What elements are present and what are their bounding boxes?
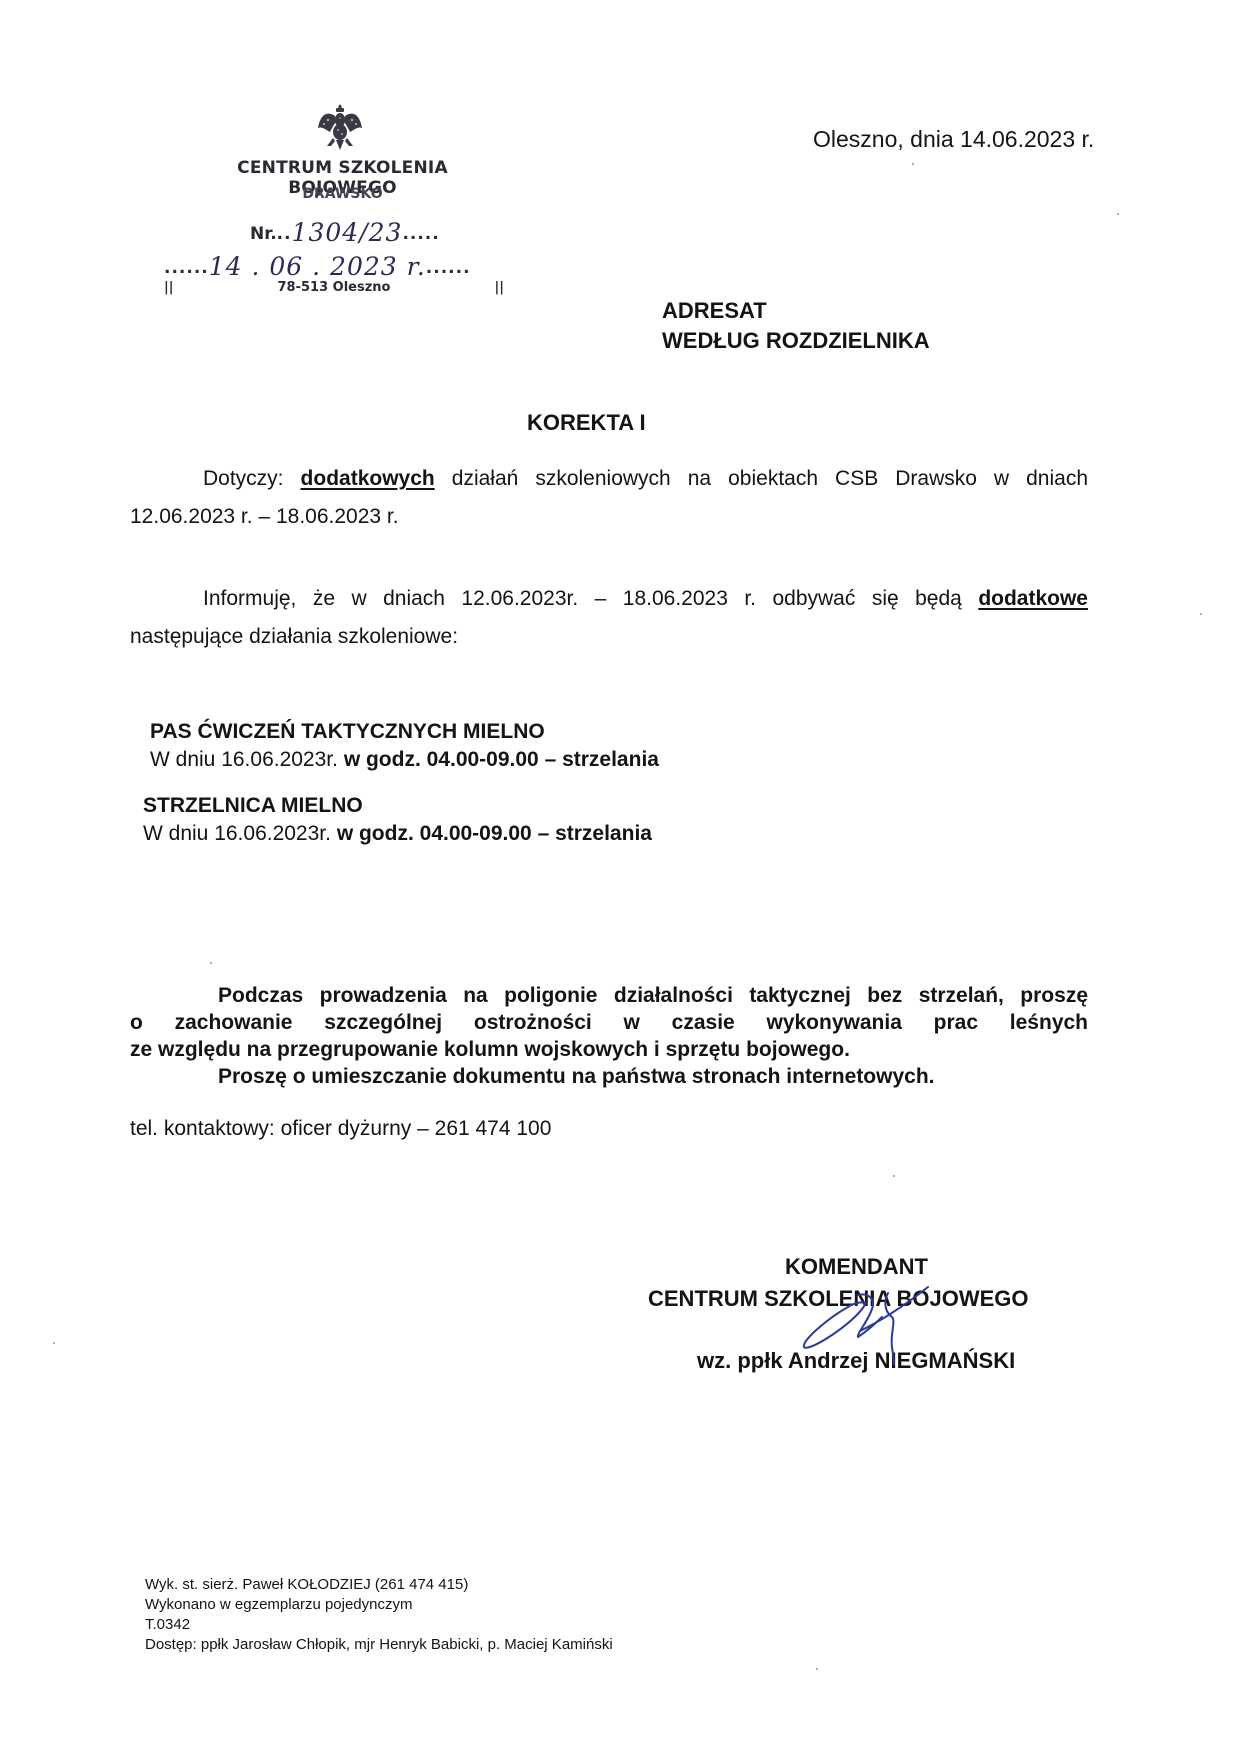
info-paragraph: Informuję, że w dniach 12.06.2023r. – 18… xyxy=(130,580,1088,656)
registry-stamp: CENTRUM SZKOLENIA BOJOWEGO DRAWSKO Nr...… xyxy=(180,98,505,308)
scan-speck xyxy=(1200,613,1202,615)
stamp-city: DRAWSKO xyxy=(180,186,505,202)
place-date: Oleszno, dnia 14.06.2023 r. xyxy=(813,126,1094,153)
addressee-line-1: ADRESAT xyxy=(662,296,930,326)
info-text-before: Informuję, że w dniach 12.06.2023r. – 18… xyxy=(203,587,962,610)
handwritten-signature-icon xyxy=(800,1285,950,1365)
footer-prepared-by: Wyk. st. sierż. Paweł KOŁODZIEJ (261 474… xyxy=(145,1575,613,1595)
footer-copies: Wykonano w egzemplarzu pojedynczym xyxy=(145,1595,613,1615)
subject-emphasis: dodatkowych xyxy=(301,467,435,490)
notice-line-3: ze względu na przegrupowanie kolumn wojs… xyxy=(130,1036,1088,1063)
notice-line-2: o zachowanie szczególnej ostrożności w c… xyxy=(130,1009,1088,1036)
footer-reference: T.0342 xyxy=(145,1615,613,1635)
scan-speck xyxy=(210,962,212,964)
stamp-date-row: ......14 . 06 . 2023 r....... xyxy=(164,250,471,279)
scan-speck xyxy=(53,1342,55,1344)
addressee: ADRESAT WEDŁUG ROZDZIELNIKA xyxy=(662,296,930,356)
scan-speck xyxy=(816,1668,818,1670)
stamp-nr-label: Nr. xyxy=(250,224,277,244)
location-name: STRZELNICA MIELNO xyxy=(143,792,652,820)
document-title: KOREKTA I xyxy=(527,410,646,436)
stamp-number-row: Nr...1304/23..... xyxy=(250,216,440,245)
signatory-title: KOMENDANT xyxy=(785,1254,928,1280)
scan-speck xyxy=(912,163,914,165)
info-emphasis: dodatkowe xyxy=(978,587,1088,610)
notice-line-1: Podczas prowadzenia na poligonie działal… xyxy=(130,982,1088,1009)
stamp-nr-value: 1304/23 xyxy=(292,218,403,247)
scan-speck xyxy=(1117,213,1119,215)
stamp-mark-right: || xyxy=(495,280,505,295)
footer-access: Dostęp: ppłk Jarosław Chłopik, mjr Henry… xyxy=(145,1635,613,1655)
stamp-address-row: || 78-513 Oleszno || xyxy=(164,280,504,295)
stamp-date-value: 14 . 06 . 2023 r. xyxy=(209,252,426,281)
stamp-address: 78-513 Oleszno xyxy=(278,280,391,295)
location-time: w godz. 04.00-09.00 – strzelania xyxy=(344,748,659,771)
info-text-after: następujące działania szkoleniowe: xyxy=(130,625,458,648)
notice-paragraph: Podczas prowadzenia na poligonie działal… xyxy=(130,982,1088,1090)
contact-phone: tel. kontaktowy: oficer dyżurny – 261 47… xyxy=(130,1117,551,1141)
polish-eagle-emblem-icon xyxy=(316,102,364,152)
location-date: W dniu 16.06.2023r. xyxy=(150,748,338,771)
notice-line-4: Proszę o umieszczanie dokumentu na państ… xyxy=(130,1063,1088,1090)
location-time: w godz. 04.00-09.00 – strzelania xyxy=(337,822,652,845)
location-item: PAS ĆWICZEŃ TAKTYCZNYCH MIELNO W dniu 16… xyxy=(150,718,659,774)
scan-speck xyxy=(893,1175,895,1177)
location-schedule: W dniu 16.06.2023r. w godz. 04.00-09.00 … xyxy=(150,746,659,774)
location-item: STRZELNICA MIELNO W dniu 16.06.2023r. w … xyxy=(143,792,652,848)
stamp-mark-left: || xyxy=(164,280,174,295)
subject-paragraph: Dotyczy: dodatkowych działań szkoleniowy… xyxy=(130,460,1088,536)
location-date: W dniu 16.06.2023r. xyxy=(143,822,331,845)
document-footer: Wyk. st. sierż. Paweł KOŁODZIEJ (261 474… xyxy=(145,1575,613,1655)
location-schedule: W dniu 16.06.2023r. w godz. 04.00-09.00 … xyxy=(143,820,652,848)
location-name: PAS ĆWICZEŃ TAKTYCZNYCH MIELNO xyxy=(150,718,659,746)
addressee-line-2: WEDŁUG ROZDZIELNIKA xyxy=(662,326,930,356)
subject-label: Dotyczy: xyxy=(203,467,284,490)
